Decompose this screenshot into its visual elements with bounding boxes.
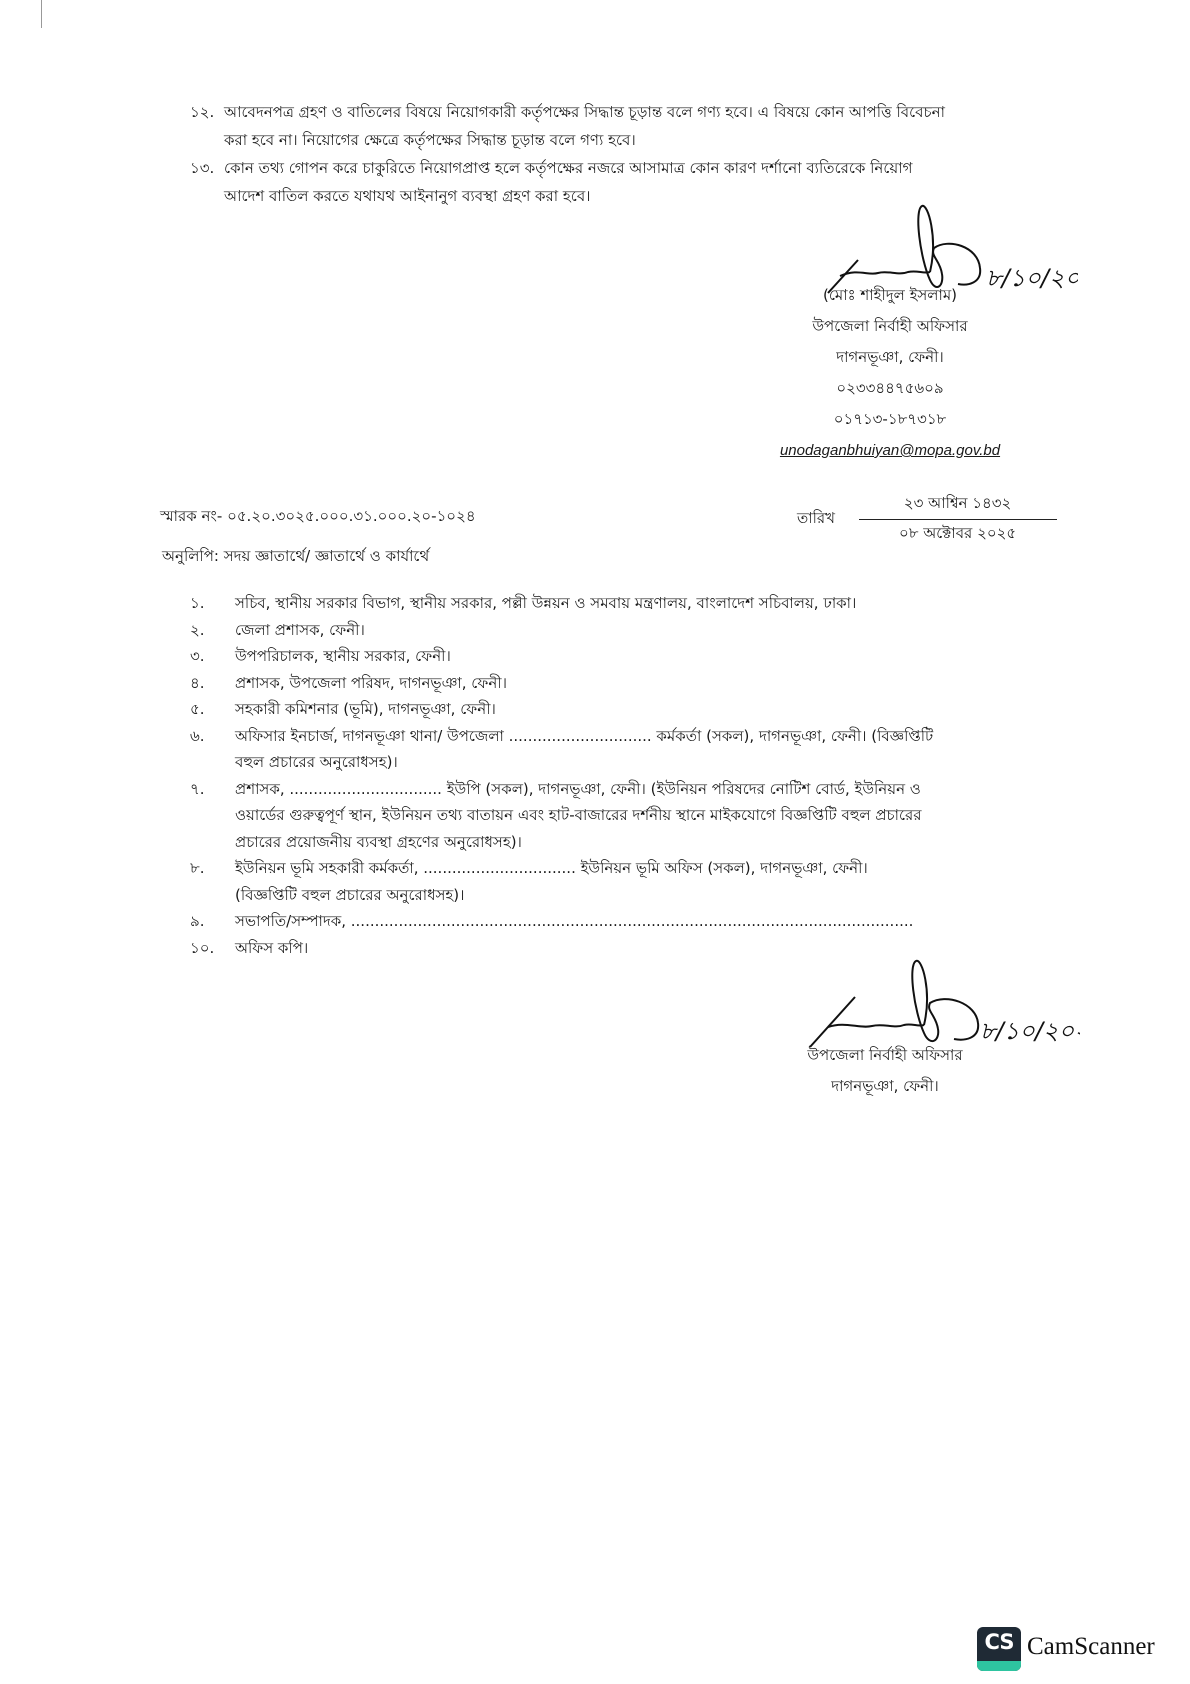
conditions-section: ১২.আবেদনপত্র গ্রহণ ও বাতিলের বিষয়ে নিয়…: [190, 98, 1060, 210]
item-text: সভাপতি/সম্পাদক, ........................…: [235, 908, 1060, 935]
item-text: ইউনিয়ন ভূমি সহকারী কর্মকর্তা, .........…: [235, 855, 1060, 882]
item-text: অফিসার ইনচার্জ, দাগনভূঞা থানা/ উপজেলা ..…: [235, 723, 1060, 750]
condition-12: ১২.আবেদনপত্র গ্রহণ ও বাতিলের বিষয়ে নিয়…: [190, 98, 1060, 126]
condition-number: ১২.: [190, 98, 224, 126]
date-gregorian: ০৮ অক্টোবর ২০২৫: [859, 520, 1057, 547]
item-text: (বিজ্ঞপ্তিটি বহুল প্রচারের অনুরোধসহ)।: [235, 882, 1060, 909]
copy-to-item: ৫.সহকারী কমিশনার (ভূমি), দাগনভূঞা, ফেনী।: [190, 696, 1060, 723]
item-text: প্রশাসক, ...............................…: [235, 776, 1060, 803]
item-number: ৮.: [190, 855, 205, 882]
item-number: ৯.: [190, 908, 205, 935]
date-fraction: ২৩ আশ্বিন ১৪৩২ ০৮ অক্টোবর ২০২৫: [859, 492, 1057, 547]
item-text: জেলা প্রশাসক, ফেনী।: [235, 617, 1060, 644]
signatory-location: দাগনভূঞা, ফেনী।: [775, 1071, 995, 1102]
camscanner-name: CamScanner: [1027, 1633, 1155, 1661]
signatory-1-block: (মোঃ শাহীদুল ইসলাম) উপজেলা নির্বাহী অফিস…: [770, 280, 1010, 466]
item-number: ১.: [190, 590, 205, 617]
copy-to-list: ১.সচিব, স্থানীয় সরকার বিভাগ, স্থানীয় স…: [190, 590, 1060, 961]
copy-to-item: ৮.ইউনিয়ন ভূমি সহকারী কর্মকর্তা, .......…: [190, 855, 1060, 908]
condition-12-cont: করা হবে না। নিয়োগের ক্ষেত্রে কর্তৃপক্ষে…: [190, 126, 1060, 154]
signatory-name: (মোঃ শাহীদুল ইসলাম): [770, 280, 1010, 311]
condition-number: ১৩.: [190, 154, 224, 182]
condition-text-line: কোন তথ্য গোপন করে চাকুরিতে নিয়োগপ্রাপ্ত…: [224, 159, 912, 177]
memo-number-row: স্মারক নং- ০৫.২০.৩০২৫.০০০.৩১.০০০.২০-১০২৪: [160, 505, 476, 530]
camscanner-logo-icon: CS: [977, 1627, 1021, 1671]
item-number: ৪.: [190, 670, 205, 697]
copy-to-item: ৯.সভাপতি/সম্পাদক, ......................…: [190, 908, 1060, 935]
copy-to-heading: অনুলিপি: সদয় জ্ঞাতার্থে/ জ্ঞাতার্থে ও ক…: [162, 545, 429, 570]
copy-to-item: ৩.উপপরিচালক, স্থানীয় সরকার, ফেনী।: [190, 643, 1060, 670]
copy-to-item: ৬.অফিসার ইনচার্জ, দাগনভূঞা থানা/ উপজেলা …: [190, 723, 1060, 776]
item-text: উপপরিচালক, স্থানীয় সরকার, ফেনী।: [235, 643, 1060, 670]
item-text: সহকারী কমিশনার (ভূমি), দাগনভূঞা, ফেনী।: [235, 696, 1060, 723]
item-number: ১০.: [190, 935, 214, 962]
condition-text-line: আদেশ বাতিল করতে যথাযথ আইনানুগ ব্যবস্থা গ…: [224, 187, 591, 205]
item-text: সচিব, স্থানীয় সরকার বিভাগ, স্থানীয় সরক…: [235, 590, 1060, 617]
item-number: ৫.: [190, 696, 205, 723]
item-number: ৬.: [190, 723, 205, 750]
memo-number: ০৫.২০.৩০২৫.০০০.৩১.০০০.২০-১০২৪: [227, 507, 476, 525]
signatory-designation: উপজেলা নির্বাহী অফিসার: [770, 311, 1010, 342]
condition-text-line: করা হবে না। নিয়োগের ক্ষেত্রে কর্তৃপক্ষে…: [224, 131, 636, 149]
date-label: তারিখ: [797, 509, 835, 527]
item-text: প্রশাসক, উপজেলা পরিষদ, দাগনভূঞা, ফেনী।: [235, 670, 1060, 697]
item-number: ২.: [190, 617, 205, 644]
signatory-phone-1: ০২৩৩৪৪৭৫৬০৯: [770, 373, 1010, 404]
signatory-designation: উপজেলা নির্বাহী অফিসার: [775, 1040, 995, 1071]
item-text: বহুল প্রচারের অনুরোধসহ)।: [235, 749, 1060, 776]
signatory-location: দাগনভূঞা, ফেনী।: [770, 342, 1010, 373]
signatory-email-link[interactable]: unodaganbhuiyan@mopa.gov.bd: [780, 442, 1000, 459]
signature-2-date: ৮/১০/২০২৫: [980, 1017, 1080, 1045]
item-number: ৩.: [190, 643, 205, 670]
condition-13: ১৩.কোন তথ্য গোপন করে চাকুরিতে নিয়োগপ্রা…: [190, 154, 1060, 182]
camscanner-logo-text: CS: [977, 1630, 1021, 1654]
signatory-2-block: উপজেলা নির্বাহী অফিসার দাগনভূঞা, ফেনী।: [775, 1040, 995, 1102]
scan-edge-line: [41, 0, 42, 28]
camscanner-logo-bar: [977, 1661, 1021, 1671]
copy-to-item: ৭.প্রশাসক, .............................…: [190, 776, 1060, 856]
item-text: প্রচারের প্রয়োজনীয় ব্যবস্থা গ্রহণের অন…: [235, 829, 1060, 856]
signatory-phone-2: ০১৭১৩-১৮৭৩১৮: [770, 404, 1010, 435]
copy-to-item: ৪.প্রশাসক, উপজেলা পরিষদ, দাগনভূঞা, ফেনী।: [190, 670, 1060, 697]
item-number: ৭.: [190, 776, 205, 803]
item-text: ওয়ার্ডের গুরুত্বপূর্ণ স্থান, ইউনিয়ন তথ…: [235, 802, 1060, 829]
condition-text-line: আবেদনপত্র গ্রহণ ও বাতিলের বিষয়ে নিয়োগক…: [224, 103, 945, 121]
memo-label: স্মারক নং-: [160, 507, 222, 525]
memo-date: তারিখ ২৩ আশ্বিন ১৪৩২ ০৮ অক্টোবর ২০২৫: [797, 492, 1057, 547]
copy-to-item: ১.সচিব, স্থানীয় সরকার বিভাগ, স্থানীয় স…: [190, 590, 1060, 617]
date-bangla: ২৩ আশ্বিন ১৪৩২: [859, 492, 1057, 520]
copy-to-item: ২.জেলা প্রশাসক, ফেনী।: [190, 617, 1060, 644]
